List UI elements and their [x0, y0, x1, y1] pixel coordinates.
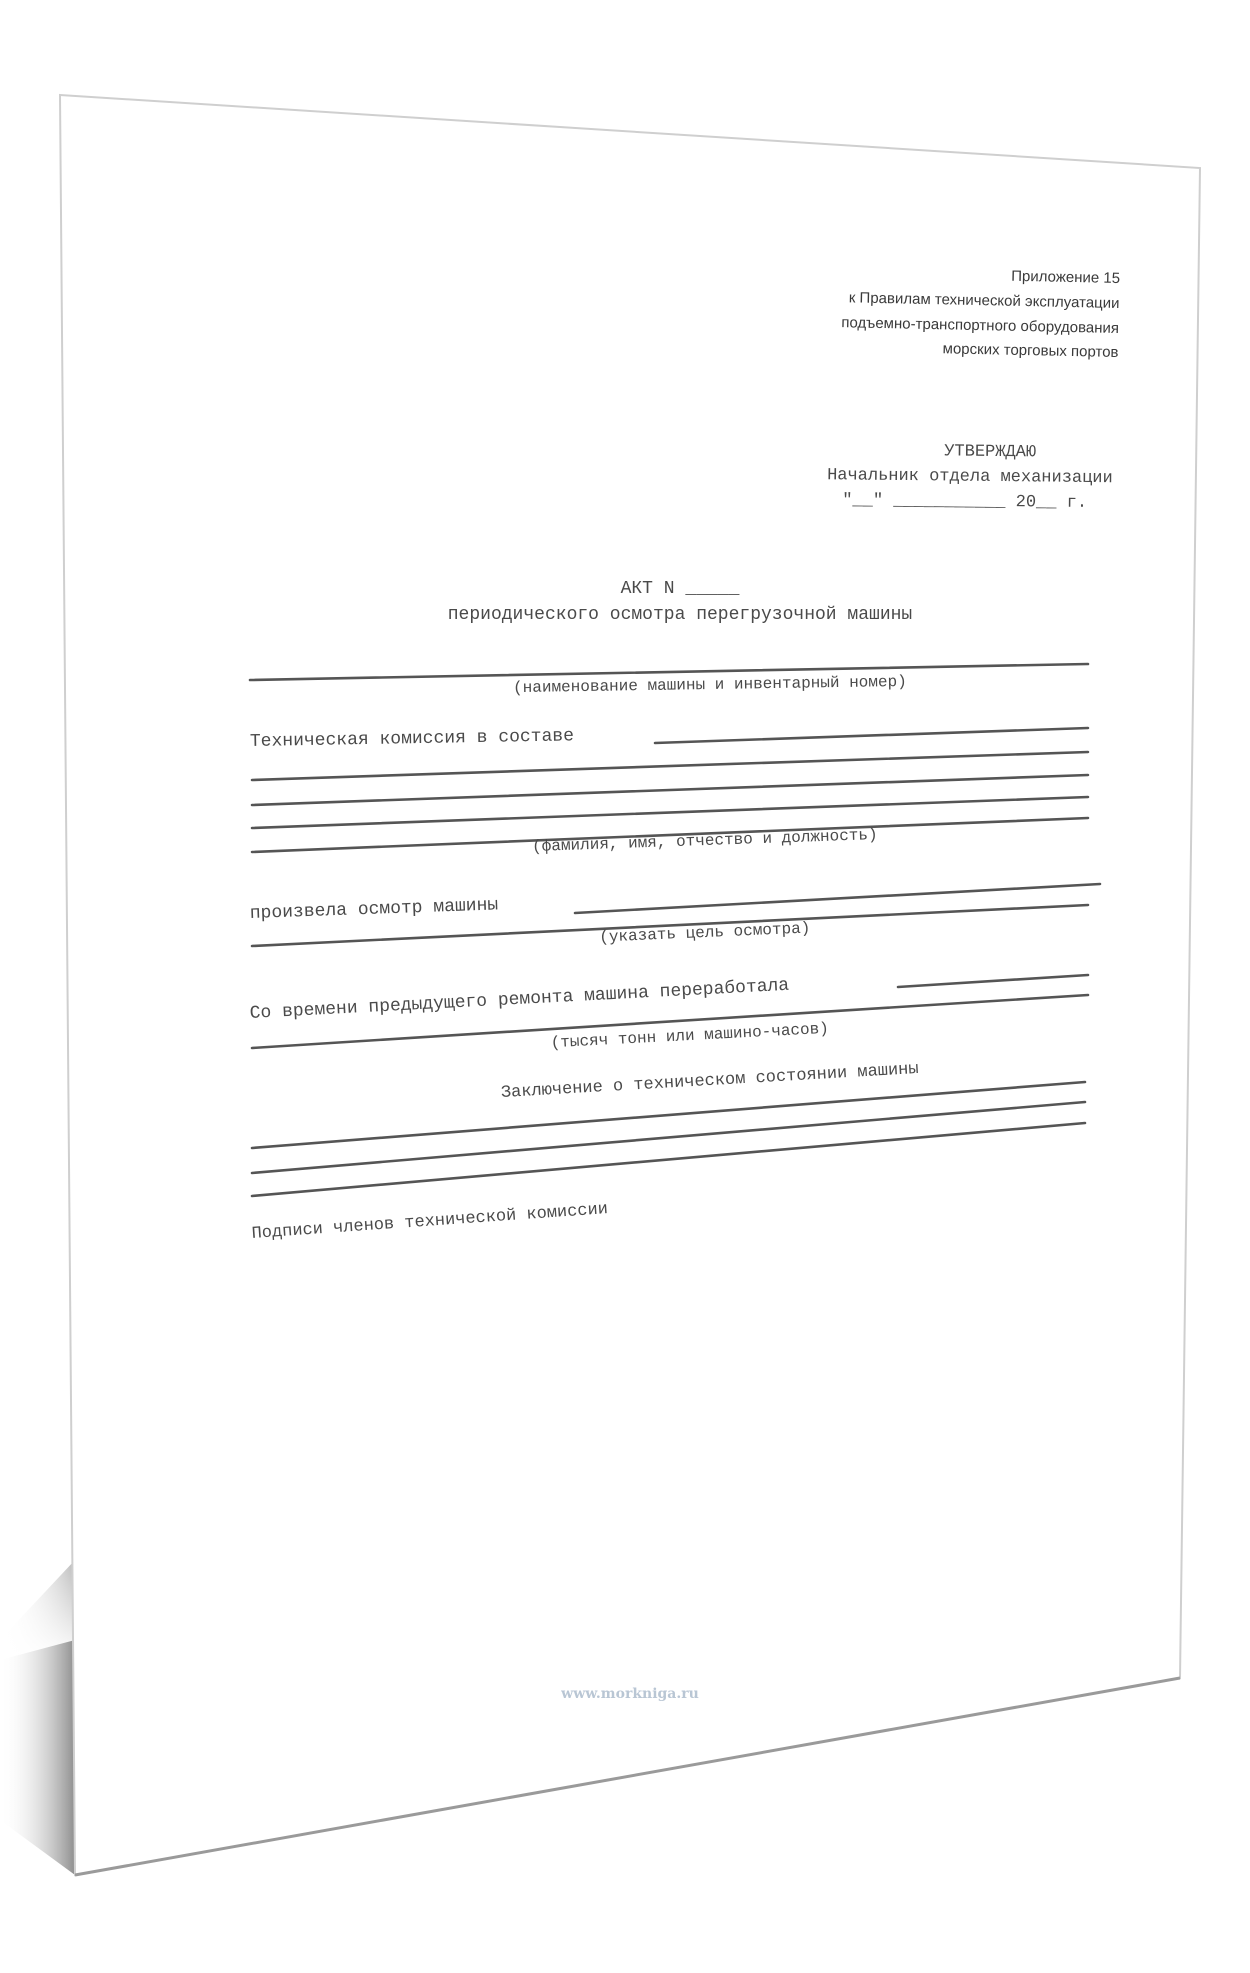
appendix-line-1: Приложение 15 [1011, 268, 1120, 287]
act-number: АКТ N _____ [621, 579, 740, 599]
approval-title: УТВЕРЖДАЮ [944, 442, 1036, 462]
approval-date-line: "__" ___________ 20__ г. [842, 491, 1087, 513]
approval-position: Начальник отдела механизации [827, 466, 1113, 488]
document-scene: Приложение 15 к Правилам технической экс… [0, 0, 1250, 1973]
page-shadow [0, 1500, 75, 1875]
act-subtitle: периодического осмотра перегрузочной маш… [448, 605, 912, 625]
watermark: www.morkniga.ru [560, 1686, 699, 1702]
